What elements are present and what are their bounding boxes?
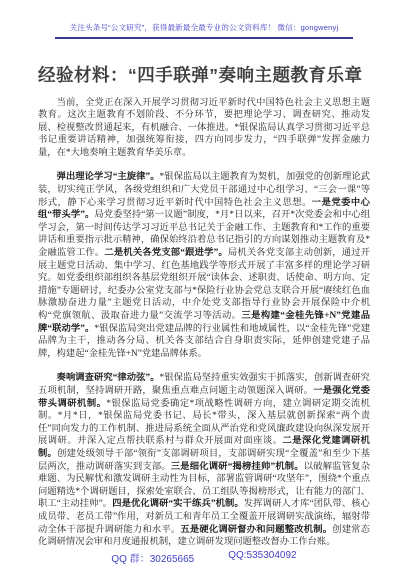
document-page: 关注头条号“公文研究”，获得最新最全最专业的公文资料库！ 微信：gongweny… — [0, 0, 408, 580]
paragraph: 奏响调查研究“律动弦”。*银保监局坚持重实效强实干抓落实，创新调查研究五项机制，… — [38, 372, 370, 548]
header-notice: 关注头条号“公文研究”，获得最新最全最专业的公文资料库！ 微信：gongweny… — [55, 22, 353, 39]
bold-run: 三是细化调研“揭榜挂帅”机制。 — [171, 462, 304, 472]
paragraph: 弹出理论学习“主旋律”。*银保监局以主题教育为契机，加强党的创新理论武装，切实纯… — [38, 171, 370, 360]
footer: QQ 群：30265665 QQ:535304092 — [0, 550, 408, 565]
text-run: 当前，全党正在深入开展学习贯彻习近平新时代中国特色社会主义思想主题教育。这次主题… — [38, 98, 370, 158]
document-body: 当前，全党正在深入开展学习贯彻习近平新时代中国特色社会主义思想主题教育。这次主题… — [38, 97, 370, 549]
qq-group-text: QQ 群：30265665 — [111, 550, 194, 565]
bold-run: 弹出理论学习“主旋律”。 — [57, 172, 160, 182]
bold-run: 四是优化调研“实干练兵”机制。 — [112, 499, 244, 509]
bold-run: 二是机关各党支部“跟进学”。 — [104, 248, 228, 258]
header-notice-text: 关注头条号“公文研究”，获得最新最全最专业的公文资料库！ 微信：gongweny… — [70, 23, 339, 32]
bold-run: 五是硬化调研督办和问题整改机制。 — [180, 525, 332, 535]
paragraph: 当前，全党正在深入开展学习贯彻习近平新时代中国特色社会主义思想主题教育。这次主题… — [38, 97, 370, 160]
qq-number-text: QQ:535304092 — [228, 550, 296, 565]
page-title: 经验材料：“四手联弹”奏响主题教育乐章 — [38, 65, 370, 87]
bold-run: 奏响调查研究“律动弦”。 — [57, 373, 160, 383]
